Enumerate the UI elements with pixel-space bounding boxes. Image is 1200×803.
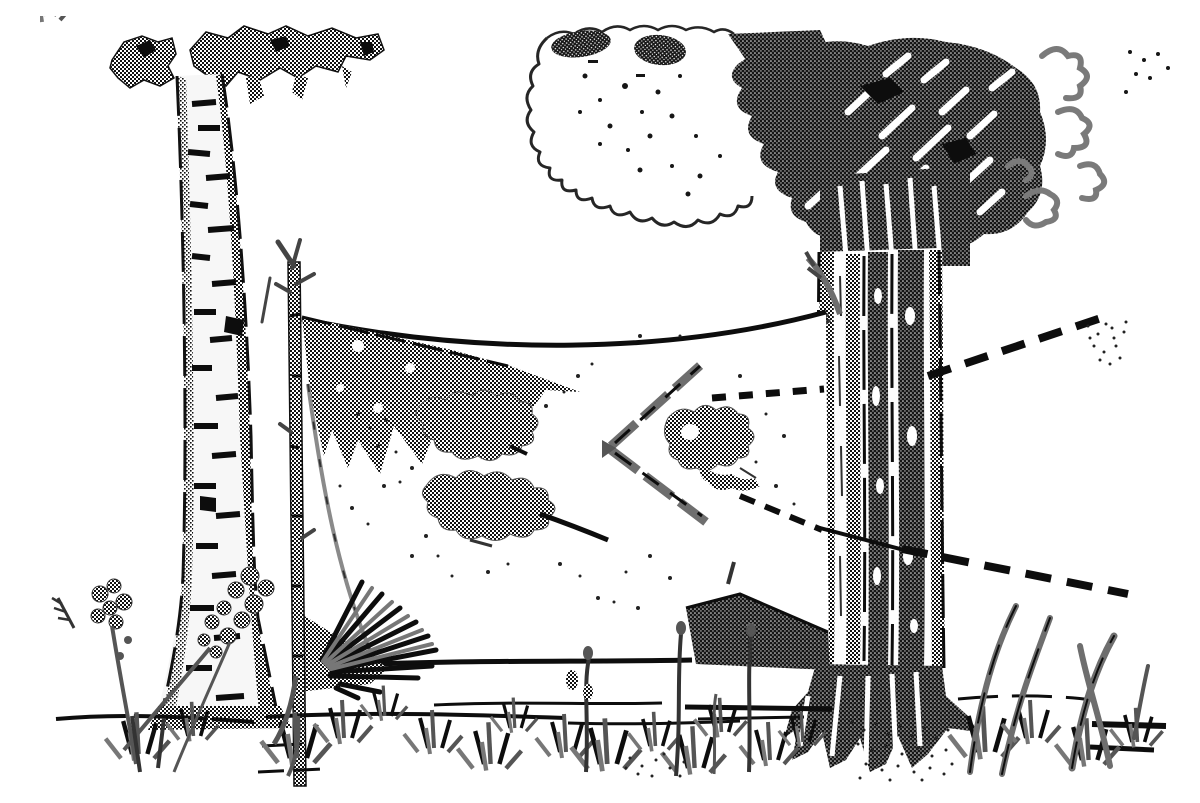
tarp	[298, 312, 904, 698]
scene-svg: Tarp shelter strung between two trees	[40, 16, 1200, 787]
illustration-canvas: Tarp shelter strung between two trees	[40, 16, 1200, 787]
